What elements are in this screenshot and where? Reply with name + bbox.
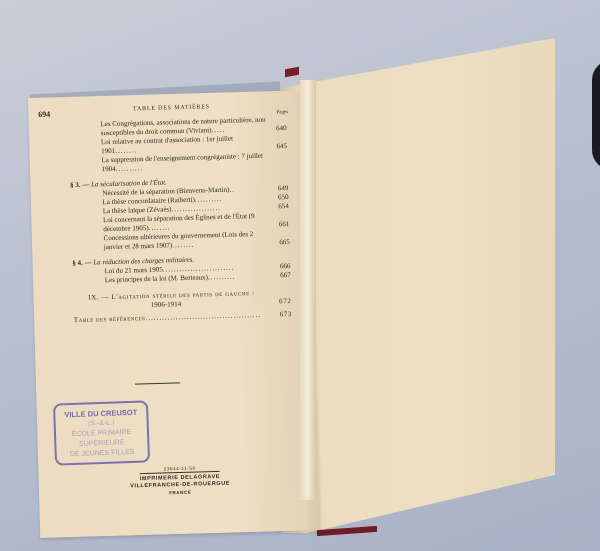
library-stamp: VILLE DU CREUSOT (S.-&-L.) ÉCOLE PRIMAIR… [53, 400, 150, 465]
running-head: TABLE DES MATIÈRES [133, 103, 210, 114]
page-number: 694 [38, 110, 50, 119]
printer-imprint: 23644-11-59 IMPRIMERIE DELAGRAVE VILLEFR… [120, 463, 241, 497]
book-cover-edge-top [285, 67, 299, 77]
toc-chapter: IX. — L'agitation stérile des partis de … [43, 288, 305, 313]
background-object [592, 60, 600, 170]
table-of-contents: 694 TABLE DES MATIÈRES Pages Les Congrég… [38, 103, 306, 326]
right-page [283, 38, 555, 533]
